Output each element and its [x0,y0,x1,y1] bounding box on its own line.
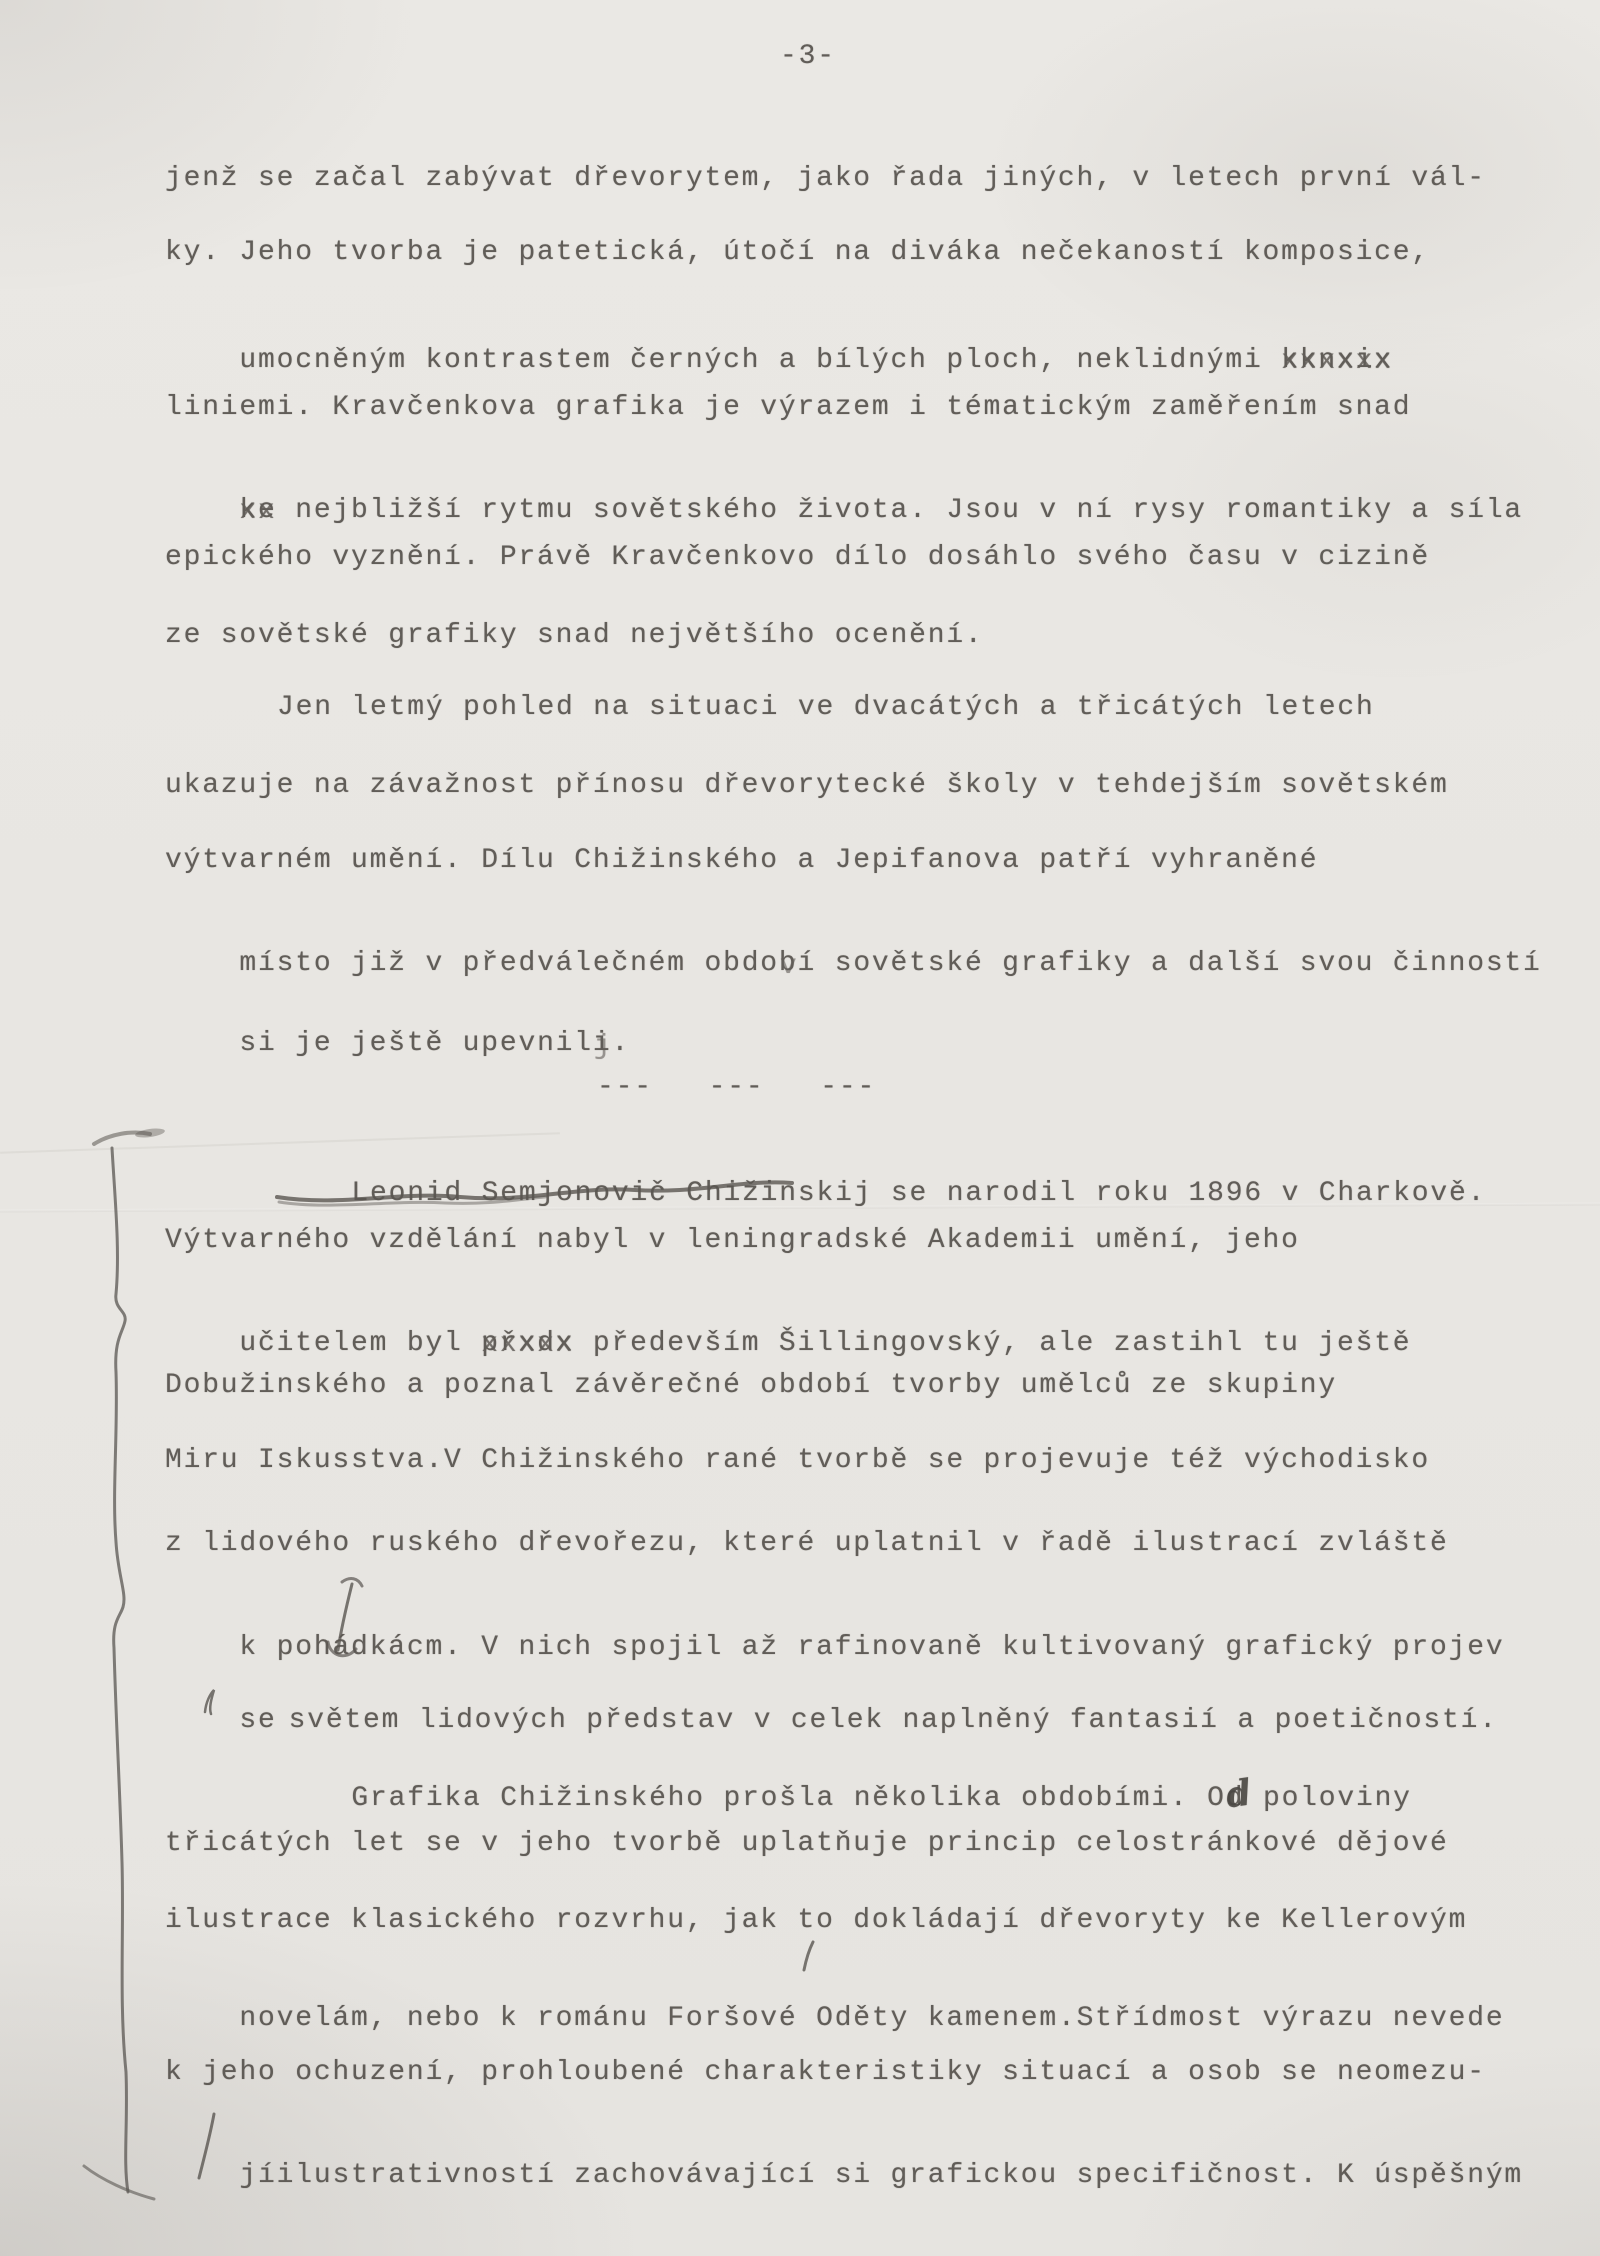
text-segment: j se narodil roku 1896 v Charkově. [854,1178,1487,1209]
text-segment: k pohádká [239,1632,406,1663]
text-line-06: epického vyznění. Právě Kravčenkovo dílo… [165,543,1430,573]
text-line-09: ukazuje na závažnost přínosu dřevoryteck… [165,771,1449,801]
pencil-margin-line [112,1148,128,2192]
typed-strikeout-word: přxdxxxxxx [481,1329,574,1359]
pencil-margin-hook [94,1132,150,1144]
letters-with-pencil-tick: ty [872,2003,909,2034]
text-segment: poloviny [1244,1783,1411,1814]
pencil-margin-foot [84,2166,154,2199]
text-line-25: k jeho ochuzení, prohloubené charakteris… [165,2058,1486,2088]
overtype-letter: v [780,952,799,982]
text-line-02: ky. Jeho tvorba je patetická, útočí na d… [165,238,1430,268]
text-line-04: liniemi. Kravčenkova grafika je výrazem … [165,393,1411,423]
text-line-07: ze sovětské grafiky snad největšího ocen… [165,621,984,651]
text-segment: místo již v předválečném obdo [239,948,778,979]
text-line-08: Jen letmý pohled na situaci ve dvacátých… [277,693,1375,723]
text-segment: Grafika Chižinského prošla několika obdo… [351,1783,1225,1814]
text-line-12: si je ještě upevnilij. [165,999,630,1089]
typewritten-page: -3- jenž se začal zabývat dřevorytem, ja… [0,0,1600,2256]
text-line-17: Miru Iskusstva.V Chižinského rané tvorbě… [165,1446,1430,1476]
text-segment: novelám, nebo k románu Foršové Odě [239,2003,872,2034]
text-segment: především Šillingovský, ale zastihl tu j… [574,1328,1411,1359]
overtype-letter: j [594,1032,613,1062]
text-segment: se [239,1705,276,1736]
text-segment: . [611,1028,630,1059]
text-segment: učitelem byl [239,1328,481,1359]
text-line-26: jíilustrativností zachovávající si grafi… [165,2131,1523,2221]
text-line-01: jenž se začal zabývat dřevorytem, jako ř… [165,164,1486,194]
text-segment: kamenem.Střídmost výrazu nevede [909,2003,1504,2034]
pencil-smudge [135,1127,166,1139]
pencil-deleted-letter: c [407,1632,426,1663]
page-number: -3- [780,42,836,72]
text-line-16: Dobužinského a poznal závěrečné období t… [165,1371,1337,1401]
handwritten-correction-d: dd [1226,1784,1245,1814]
typed-strikeout-word: kknxixxxxxxx [1281,346,1393,376]
text-segment: m. V nich spojil až rafinovaně kultivova… [425,1632,1504,1663]
text-segment: nejbližší rytmu sovětského života. Jsou … [277,495,1523,526]
overtype-x: xxxxxx [1281,347,1393,377]
text-segment: ilustrativností zachovávající si grafick… [277,2160,1523,2191]
pencil-letter-d: d [1224,1777,1253,1810]
typed-strikeout-word: kexx [239,496,276,526]
text-line-14: Výtvarného vzdělání nabyl v leningradské… [165,1226,1300,1256]
text-line-10: výtvarném umění. Dílu Chižinského a Jepi… [165,846,1318,876]
section-separator: --- --- --- [597,1073,876,1103]
text-segment: si je ještě upevnil [239,1028,592,1059]
pencil-delete-toparc [342,1579,362,1586]
overtype-x: xxxxx [481,1330,574,1360]
text-segment: umocněným kontrastem černých a bílých pl… [239,345,1281,376]
text-segment: jí [239,2160,276,2191]
pencil-tick [804,1942,813,1970]
text-line-24: novelám, nebo k románu Foršové Oděty kam… [165,1974,1504,2064]
underlined-name: Leonid Semjonovič Chižinski [351,1178,853,1209]
overtyped-letter: bv [779,949,798,979]
text-line-22: třicátých let se v jeho tvorbě uplatňuje… [165,1829,1449,1859]
text-line-18: z lidového ruského dřevořezu, které upla… [165,1529,1449,1559]
text-line-23: ilustrace klasického rozvrhu, jak to dok… [165,1906,1467,1936]
text-segment: í sovětské grafiky a další svou činností [798,948,1542,979]
overtyped-letter: ij [593,1029,612,1059]
text-segment: světem lidových představ v celek naplněn… [289,1705,1498,1736]
text-line-11: místo již v předválečném obdobví sovětsk… [165,919,1542,1009]
text-line-20: sesvětem lidových představ v celek napln… [165,1676,1498,1766]
overtype-x: xx [239,497,276,527]
